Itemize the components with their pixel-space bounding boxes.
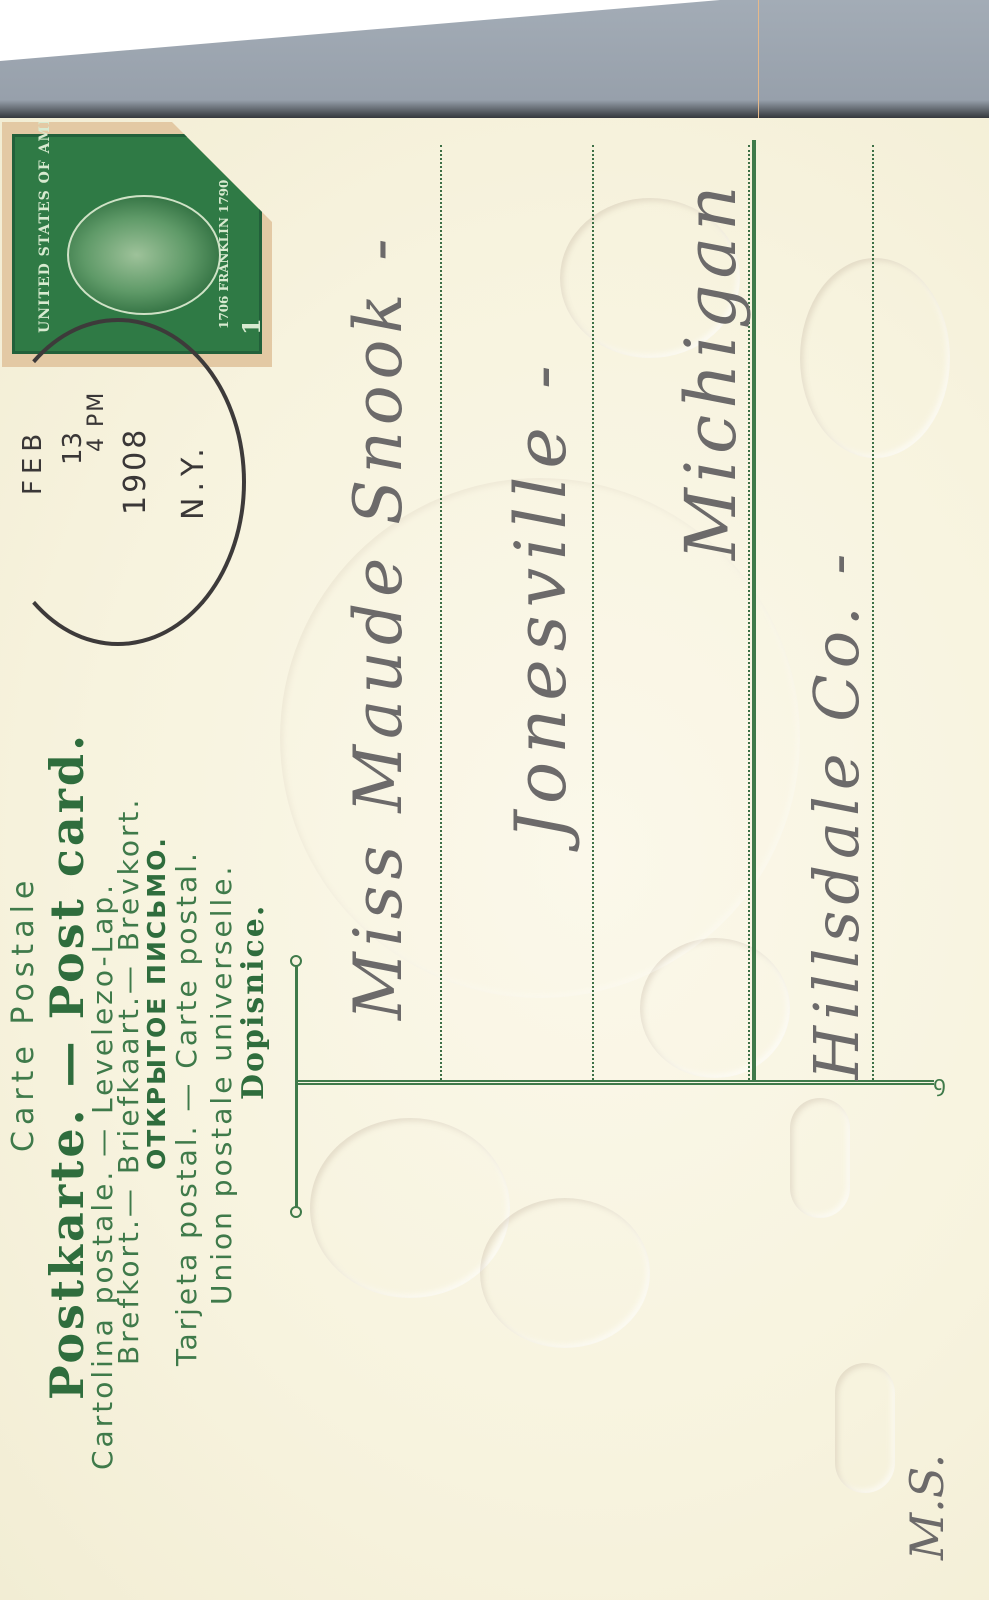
postmark-month: FEB [18,428,48,495]
stamp-caption: 1706 FRANKLIN 1790 [217,180,231,329]
divider-vertical [295,962,298,1212]
handwritten-corner-initials: M.S. [900,1454,954,1560]
embossed-flower [800,258,950,458]
embossed-bell [835,1363,895,1493]
franklin-portrait-icon [67,195,221,315]
address-line-2 [592,145,594,1080]
header-union-postale: Union postale universelle. [205,864,238,1305]
embossed-bell [790,1098,850,1218]
postmark-state: N.Y. [176,442,211,520]
divider-rule [296,1080,934,1085]
flourish-icon: ꝯ [933,1068,946,1098]
header-russian: ОТКРЫТОЕ ПИСЬМО. [142,836,171,1170]
scan-backdrop [0,0,989,125]
handwritten-county: Hillsdale Co. - [800,548,873,1080]
divider-end-dot [290,1206,302,1218]
postmark-year: 1908 [118,427,153,515]
header-carte-postale: Carte Postale [6,875,41,1152]
handwritten-recipient: Miss Maude Snook - [340,232,417,1020]
header-tarjeta: Tarjeta postal. — Carte postal. [170,850,203,1366]
scan-artifact-line [758,0,759,118]
address-line-solid [752,140,756,1080]
postmark-time: 4 PM [84,391,109,452]
handwritten-state: Michigan [670,180,752,560]
address-line-1 [440,145,442,1080]
stamp-value: 1 [237,318,266,335]
handwritten-town: Jonesville - [500,357,582,840]
header-dopisnice: Dopisnice. [236,904,271,1100]
divider-end-dot [290,955,302,967]
header-brefkort: Brefkort.— Briefkaart.— Brevkort. [112,797,145,1365]
embossed-flower [480,1198,650,1348]
